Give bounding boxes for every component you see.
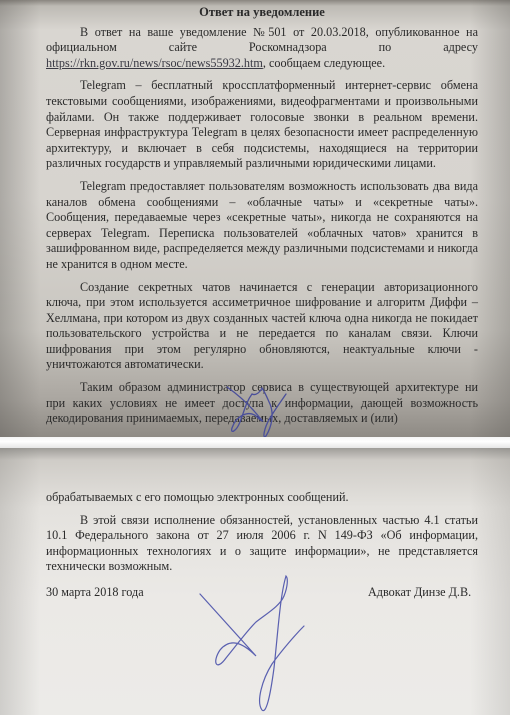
- paragraph-intro: В ответ на ваше уведомление №501 от 20.0…: [46, 25, 478, 72]
- document-date: 30 марта 2018 года: [46, 585, 144, 600]
- signature-icon: [196, 572, 308, 714]
- paragraph-telegram-description: Telegram – бесплатный кроссплатформенный…: [46, 78, 478, 172]
- page-separator: [0, 437, 510, 448]
- paragraph-continuation: обрабатываемых с его помощью электронных…: [46, 490, 478, 506]
- document-title: Ответ на уведомление: [46, 5, 478, 21]
- document-body-page-2: обрабатываемых с его помощью электронных…: [46, 490, 478, 582]
- paragraph-chat-types: Telegram предоставляет пользователям воз…: [46, 179, 478, 273]
- document-photo-page-2: обрабатываемых с его помощью электронных…: [0, 448, 510, 715]
- rkn-news-link[interactable]: https://rkn.gov.ru/news/rsoc/news55932.h…: [46, 56, 263, 70]
- document-body-page-1: Ответ на уведомление В ответ на ваше уве…: [46, 2, 478, 434]
- paragraph-encryption: Создание секретных чатов начинается с ге…: [46, 280, 478, 374]
- signature-icon: [222, 382, 292, 437]
- paragraph-legal-conclusion: В этой связи исполнение обязанностей, ус…: [46, 513, 478, 575]
- signer-name: Адвокат Динзе Д.В.: [368, 585, 471, 600]
- document-photo-page-1: Ответ на уведомление В ответ на ваше уве…: [0, 0, 510, 437]
